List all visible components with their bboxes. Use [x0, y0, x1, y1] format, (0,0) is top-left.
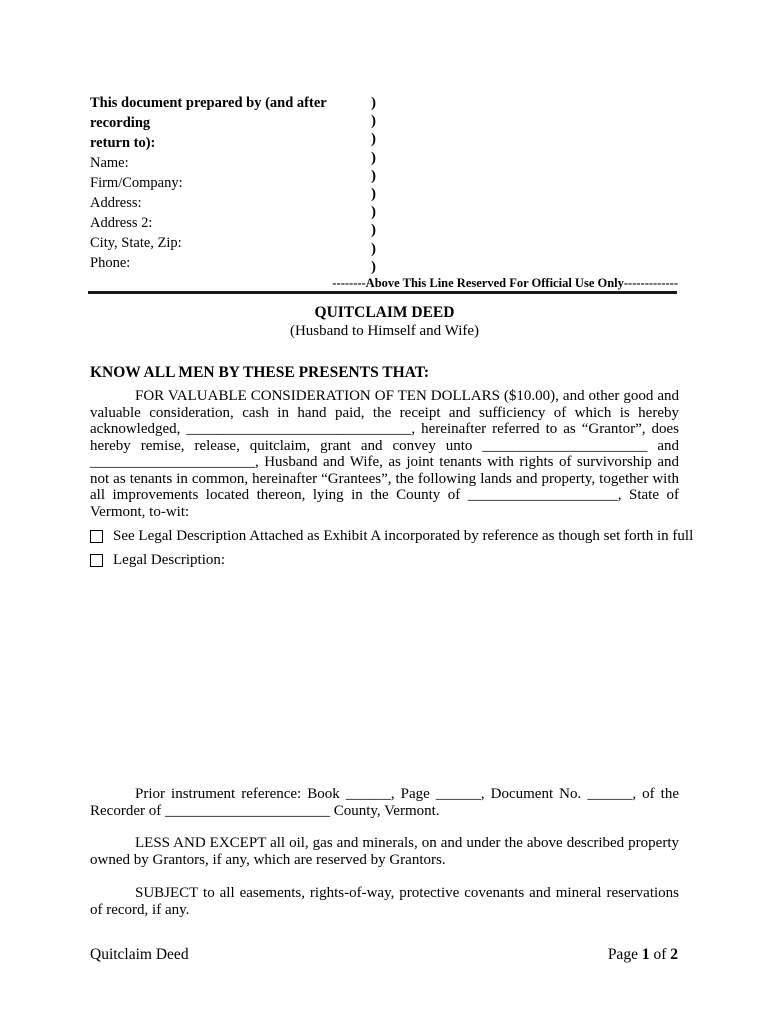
consideration-paragraph: FOR VALUABLE CONSIDERATION OF TEN DOLLAR… — [90, 388, 679, 520]
less-and-except-paragraph: LESS AND EXCEPT all oil, gas and mineral… — [90, 835, 679, 868]
footer-page-number: 1 — [642, 946, 650, 963]
official-use-divider — [88, 291, 677, 294]
title-block: QUITCLAIM DEED (Husband to Himself and W… — [90, 304, 679, 340]
legal-description-checkbox-icon[interactable] — [90, 554, 103, 567]
bracket-paren: ) — [371, 149, 376, 167]
subject-paragraph: SUBJECT to all easements, rights-of-way,… — [90, 885, 679, 918]
bracket-paren: ) — [371, 240, 376, 258]
recorder-bracket-column: ) ) ) ) ) ) ) ) ) ) — [371, 94, 376, 276]
document-subtitle: (Husband to Himself and Wife) — [90, 322, 679, 340]
legal-description-option-inline[interactable]: Legal Description: — [90, 552, 690, 569]
bracket-paren: ) — [371, 221, 376, 239]
bracket-paren: ) — [371, 112, 376, 130]
official-use-note: --------Above This Line Reserved For Off… — [332, 276, 678, 291]
field-label-firm-company: Firm/Company: — [90, 173, 372, 193]
exhibit-a-checkbox-label: See Legal Description Attached as Exhibi… — [113, 528, 693, 545]
legal-description-checkbox-label: Legal Description: — [113, 552, 225, 569]
document-page: This document prepared by (and after rec… — [0, 0, 770, 1024]
prepared-by-block: This document prepared by (and after rec… — [90, 93, 372, 273]
document-title: QUITCLAIM DEED — [90, 304, 679, 322]
legal-description-option-exhibit-a[interactable]: See Legal Description Attached as Exhibi… — [90, 528, 690, 545]
bracket-paren: ) — [371, 94, 376, 112]
footer-page-label: Page — [608, 946, 638, 963]
field-label-city-state-zip: City, State, Zip: — [90, 233, 372, 253]
prepared-by-heading-line1: This document prepared by (and after rec… — [90, 93, 372, 133]
footer-page-total: 2 — [670, 946, 678, 963]
footer-page-indicator: Page 1 of 2 — [608, 946, 678, 964]
prepared-by-heading-line2: return to): — [90, 133, 372, 153]
bracket-paren: ) — [371, 258, 376, 276]
bracket-paren: ) — [371, 203, 376, 221]
prior-instrument-paragraph: Prior instrument reference: Book ______,… — [90, 786, 679, 819]
opening-heading: KNOW ALL MEN BY THESE PRESENTS THAT: — [90, 364, 679, 382]
page-footer: Quitclaim Deed Page 1 of 2 — [90, 946, 678, 964]
bracket-paren: ) — [371, 167, 376, 185]
field-label-phone: Phone: — [90, 253, 372, 273]
exhibit-a-checkbox-icon[interactable] — [90, 530, 103, 543]
footer-document-name: Quitclaim Deed — [90, 946, 189, 964]
footer-of-label: of — [653, 946, 666, 963]
field-label-address: Address: — [90, 193, 372, 213]
bracket-paren: ) — [371, 130, 376, 148]
field-label-name: Name: — [90, 153, 372, 173]
bracket-paren: ) — [371, 185, 376, 203]
field-label-address2: Address 2: — [90, 213, 372, 233]
